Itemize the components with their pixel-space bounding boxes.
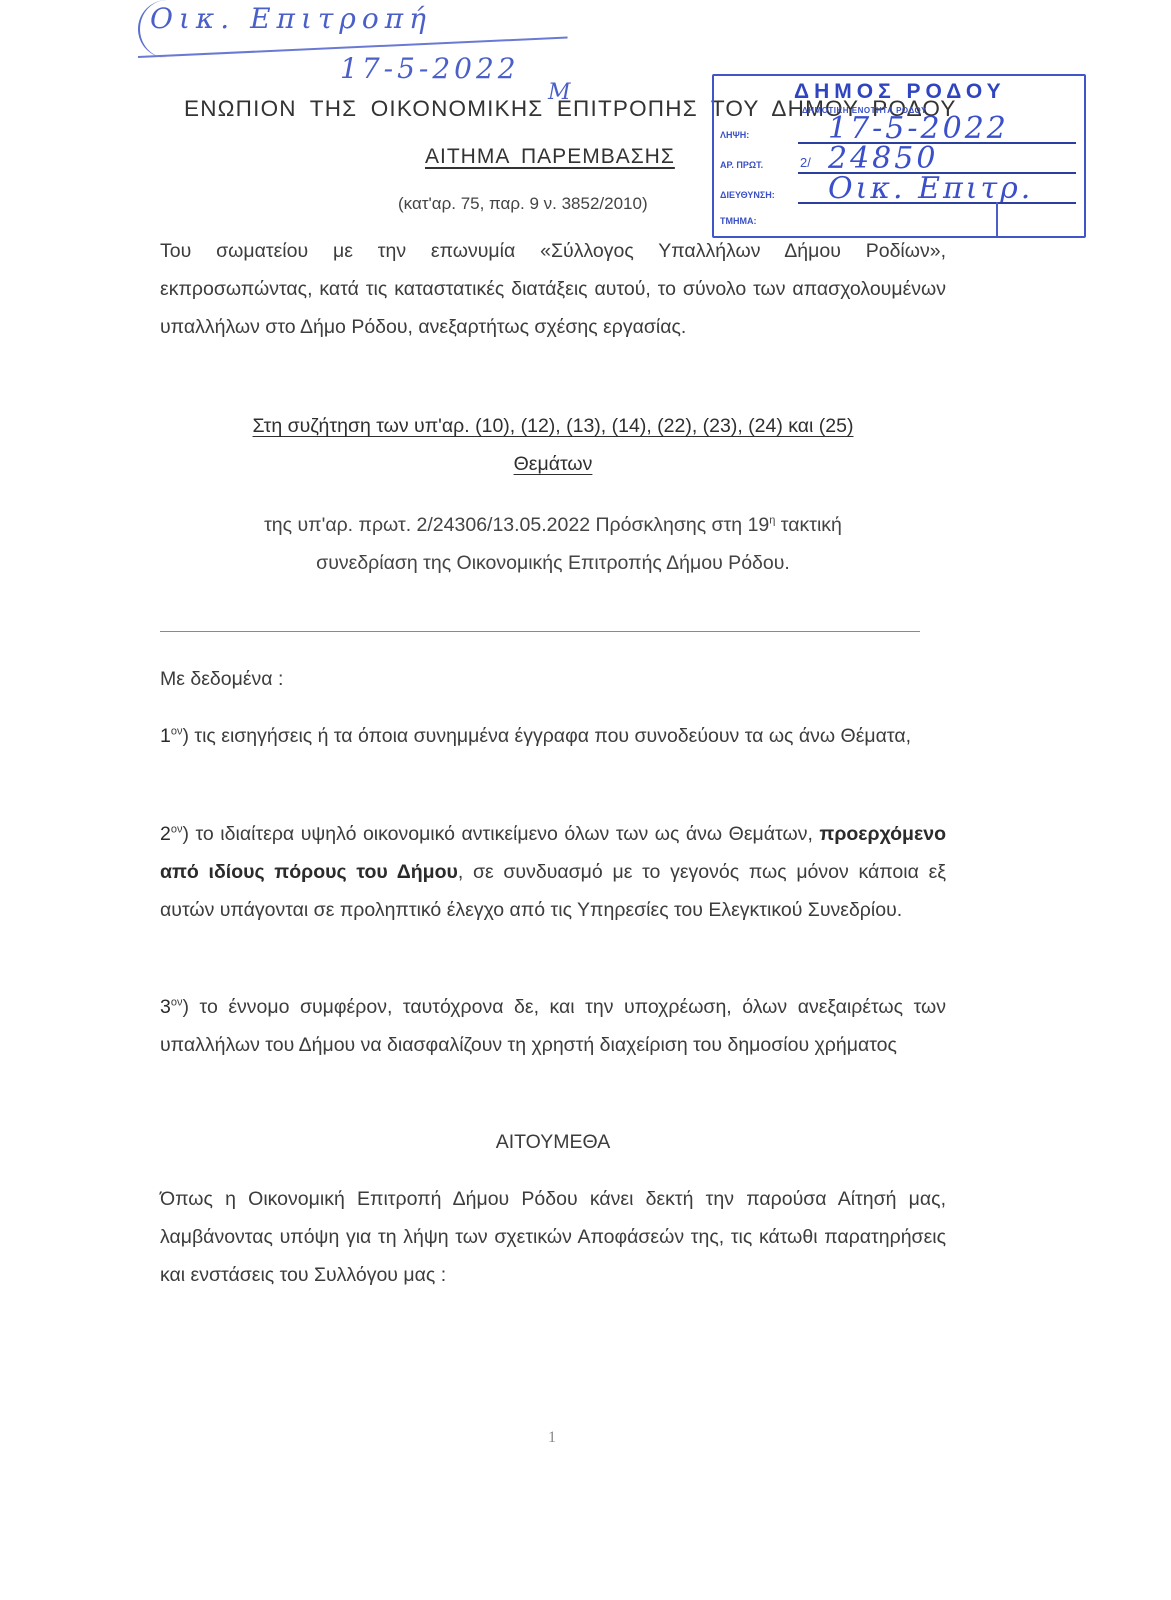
- item-text: ) το έννομο συμφέρον, ταυτόχρονα δε, και…: [160, 996, 946, 1056]
- stamp-label: ΑΡ. ΠΡΩΤ.: [720, 160, 790, 170]
- item-number: 3: [160, 996, 171, 1018]
- invitation-text-end: τακτική: [775, 514, 842, 536]
- item-number: 1: [160, 725, 171, 747]
- request-heading: ΑΙΤΟΥΜΕΘΑ: [160, 1123, 946, 1161]
- stamp-title: ΔΗΜΟΣ ΡΟΔΟΥ: [794, 80, 1006, 104]
- stamp-prefix: 2/: [800, 155, 811, 170]
- legal-basis: (κατ'αρ. 75, παρ. 9 ν. 3852/2010): [398, 194, 648, 214]
- item-text: ) το ιδιαίτερα υψηλό οικονομικό αντικείμ…: [182, 823, 819, 845]
- invitation-text: της υπ'αρ. πρωτ. 2/24306/13.05.2022 Πρόσ…: [264, 514, 769, 536]
- stamp-row-protocol: ΑΡ. ΠΡΩΤ. 2/ 24850: [720, 146, 1076, 174]
- section-divider: [160, 631, 920, 632]
- stamp-handwritten-mark: [996, 202, 998, 236]
- handwritten-note: Οικ. Επιτροπή: [150, 2, 432, 35]
- stamp-label: ΔΙΕΥΘΥΝΣΗ:: [720, 190, 790, 200]
- registry-stamp: ΔΗΜΟΣ ΡΟΔΟΥ ΔΗΜΟΤΙΚΗ ΕΝΟΤΗΤΑ ΡΟΔΟΥ ΛΗΨΗ:…: [712, 74, 1086, 238]
- item-text: ) τις εισηγήσεις ή τα όποια συνημμένα έγ…: [182, 725, 911, 747]
- invitation-reference: της υπ'αρ. πρωτ. 2/24306/13.05.2022 Πρόσ…: [160, 506, 946, 582]
- stamp-row-received: ΛΗΨΗ: 17-5-2022: [720, 116, 1076, 144]
- item-ordinal: ον: [171, 726, 183, 738]
- list-item: 3ον) το έννομο συμφέρον, ταυτόχρονα δε, …: [160, 988, 946, 1064]
- item-ordinal: ον: [171, 824, 183, 836]
- subject-line: Στη συζήτηση των υπ'αρ. (10), (12), (13)…: [253, 415, 854, 437]
- page-number: 1: [548, 1429, 556, 1447]
- handwritten-date: 17-5-2022: [340, 52, 520, 85]
- intro-paragraph: Του σωματείου με την επωνυμία «Σύλλογος …: [160, 232, 946, 346]
- stamp-label: ΤΜΗΜΑ:: [720, 216, 790, 226]
- item-ordinal: ον: [171, 997, 183, 1009]
- list-item: 1ον) τις εισηγήσεις ή τα όποια συνημμένα…: [160, 717, 946, 755]
- stamp-value-department: Οικ. Επιτρ.: [828, 171, 1033, 206]
- list-item: 2ον) το ιδιαίτερα υψηλό οικονομικό αντικ…: [160, 815, 946, 929]
- subject-topics: Θεμάτων: [514, 453, 593, 475]
- invitation-line-2: συνεδρίαση της Οικονομικής Επιτροπής Δήμ…: [160, 544, 946, 582]
- document-title: ΑΙΤΗΜΑ ΠΑΡΕΜΒΑΣΗΣ: [425, 145, 675, 169]
- stamp-row-section: ΤΜΗΜΑ:: [720, 202, 1076, 230]
- item-number: 2: [160, 823, 171, 845]
- subject-block: Στη συζήτηση των υπ'αρ. (10), (12), (13)…: [160, 407, 946, 483]
- stamp-label: ΛΗΨΗ:: [720, 130, 790, 140]
- stamp-row-department: ΔΙΕΥΘΥΝΣΗ: Οικ. Επιτρ.: [720, 176, 1076, 204]
- request-paragraph: Όπως η Οικονομική Επιτροπή Δήμου Ρόδου κ…: [160, 1180, 946, 1294]
- given-label: Με δεδομένα :: [160, 660, 946, 698]
